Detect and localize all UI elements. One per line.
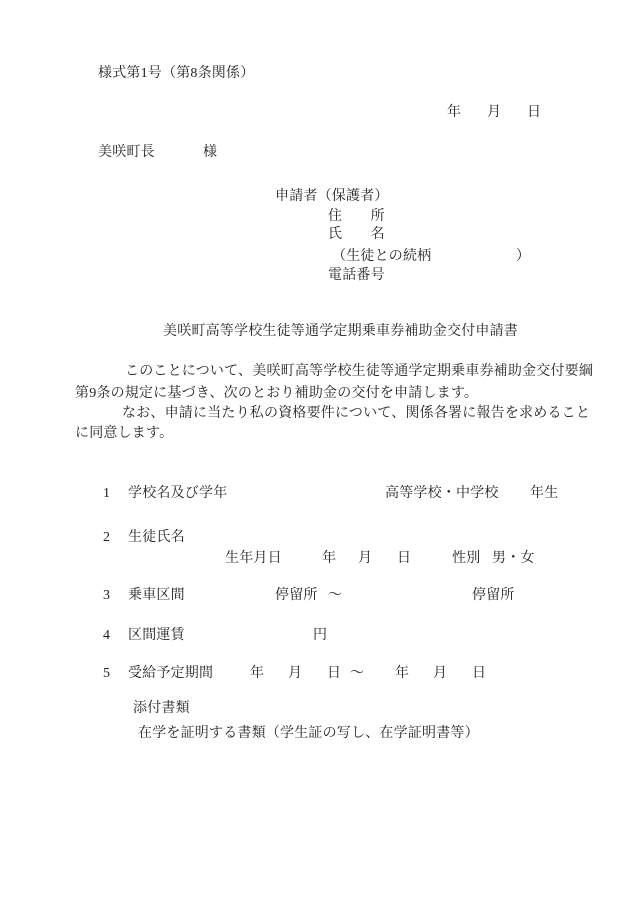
item3-stop-from-label: 停留所 — [275, 588, 318, 603]
item4-yen-unit: 円 — [313, 628, 327, 643]
applicant-name-label: 氏 名 — [328, 227, 385, 242]
item1-grade-suffix: 年生 — [530, 486, 558, 501]
date-month-label: 月 — [487, 105, 501, 120]
item2-gender-options: 男・女 — [492, 551, 535, 566]
attachments-item: 在学を証明する書類（学生証の写し、在学証明書等） — [138, 726, 479, 741]
item5-start-month-label: 月 — [288, 666, 302, 681]
item5-label: 受給予定期間 — [128, 666, 213, 681]
item3-tilde: 〜 — [328, 588, 342, 603]
body-line-3: なお、申請に当たり私の資格要件について、関係各署に報告を求めること — [122, 406, 590, 421]
item1-label: 学校名及び学年 — [128, 486, 227, 501]
item2-day-label: 日 — [397, 551, 411, 566]
item2-birthdate-label: 生年月日 — [225, 551, 282, 566]
attachments-heading: 添付書類 — [133, 701, 190, 716]
form-number: 様式第1号（第8条関係） — [98, 66, 254, 81]
item3-label: 乗車区間 — [128, 588, 185, 603]
applicant-relation-label: （生徒との続柄 — [332, 249, 431, 264]
applicant-phone-label: 電話番号 — [328, 268, 385, 283]
item2-year-label: 年 — [322, 551, 336, 566]
item5-end-year-label: 年 — [395, 666, 409, 681]
date-year-label: 年 — [447, 105, 461, 120]
item2-month-label: 月 — [358, 551, 372, 566]
addressee-title: 美咲町長 — [98, 145, 155, 160]
application-form-document: 様式第1号（第8条関係） 年 月 日 美咲町長 様 申請者（保護者） 住 所 氏… — [0, 0, 630, 903]
applicant-heading: 申請者（保護者） — [275, 189, 389, 204]
body-line-4: に同意します。 — [75, 426, 173, 441]
item1-school-options: 高等学校・中学校 — [385, 486, 499, 501]
item2-gender-label: 性別 — [452, 551, 480, 566]
date-day-label: 日 — [527, 105, 541, 120]
item2-label: 生徒氏名 — [128, 530, 185, 545]
item2-number: 2 — [103, 530, 110, 545]
item4-label: 区間運賃 — [128, 628, 185, 643]
body-line-1: このことについて、美咲町高等学校生徒等通学定期乗車券補助金交付要綱 — [125, 364, 593, 379]
item5-start-year-label: 年 — [250, 666, 264, 681]
body-line-2: 第9条の規定に基づき、次のとおり補助金の交付を申請します。 — [75, 386, 478, 401]
item4-number: 4 — [103, 628, 110, 643]
item5-tilde: 〜 — [350, 666, 364, 681]
item5-end-month-label: 月 — [433, 666, 447, 681]
document-title: 美咲町高等学校生徒等通学定期乗車券補助金交付申請書 — [163, 324, 518, 339]
item3-number: 3 — [103, 588, 110, 603]
item5-number: 5 — [103, 666, 110, 681]
item5-end-day-label: 日 — [472, 666, 486, 681]
addressee-honorific: 様 — [203, 145, 217, 160]
item5-start-day-label: 日 — [327, 666, 341, 681]
applicant-address-label: 住 所 — [328, 209, 385, 224]
item1-number: 1 — [103, 486, 110, 501]
item3-stop-to-label: 停留所 — [472, 588, 515, 603]
applicant-relation-close-paren: ） — [516, 249, 530, 264]
